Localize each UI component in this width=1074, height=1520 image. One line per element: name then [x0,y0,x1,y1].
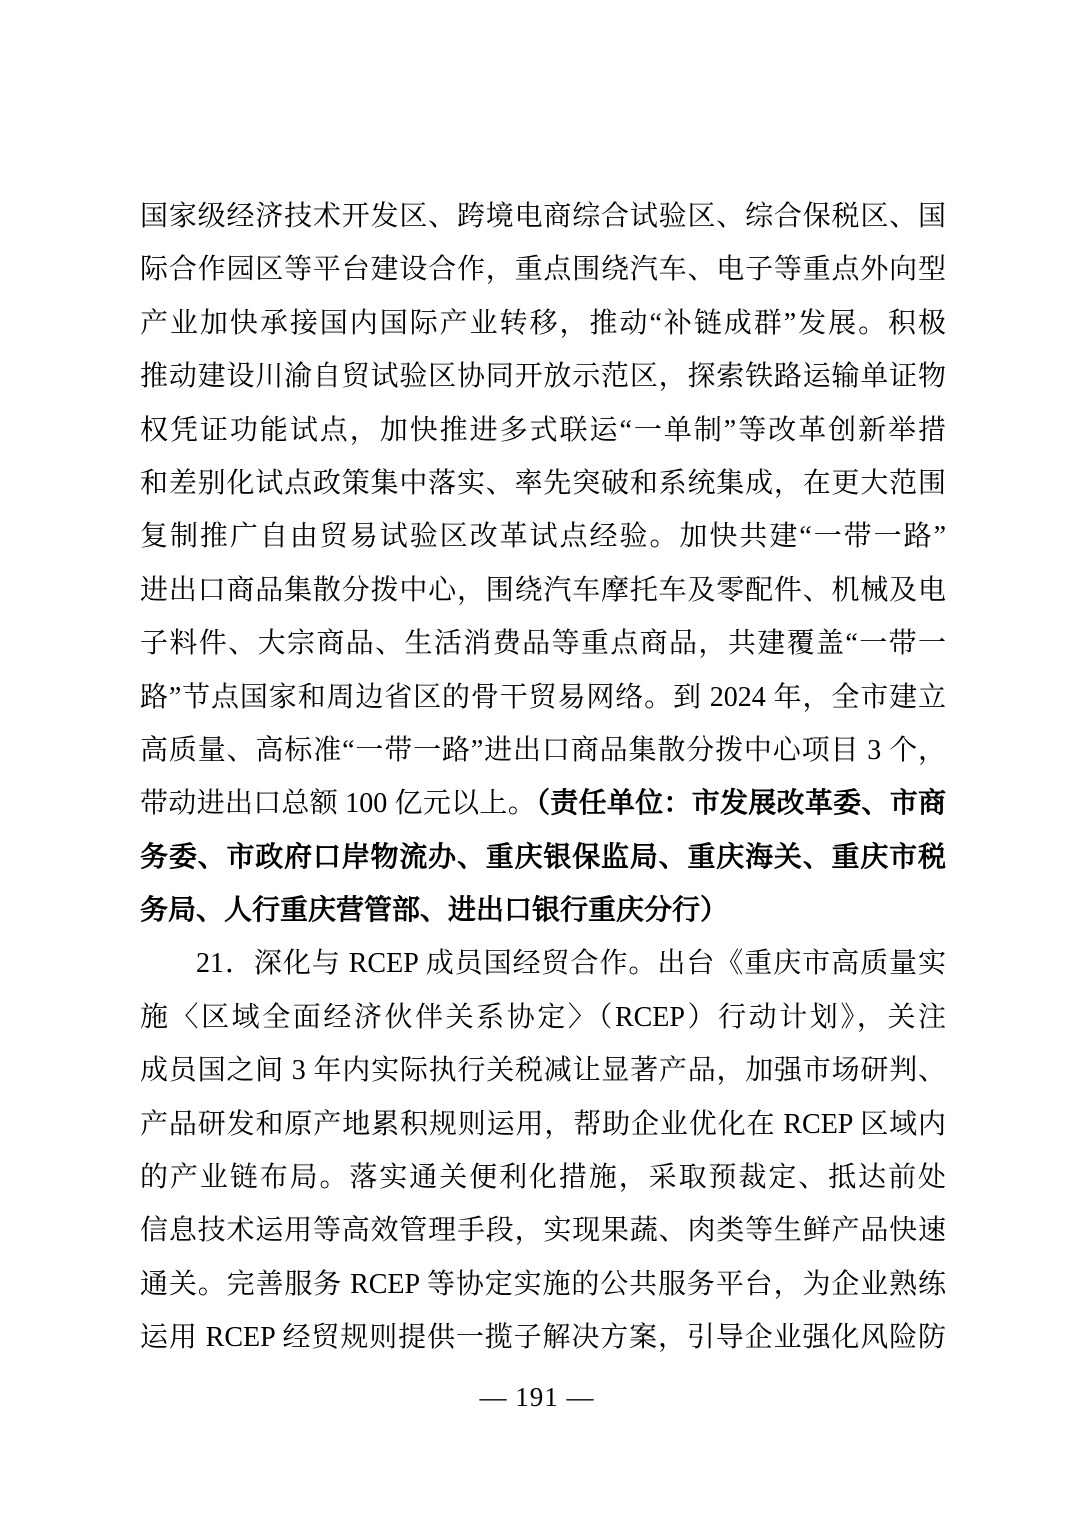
body-text: 产品研发和原产地累积规则运用，帮助企业优化在 RCEP 区域内 [140,1109,946,1140]
text-line: 际合作园区等平台建设合作，重点围绕汽车、电子等重点外向型 [140,243,946,296]
body-text: 国家级经济技术开发区、跨境电商综合试验区、综合保税区、国 [140,201,946,232]
text-line: 产业加快承接国内国际产业转移，推动“补链成群”发展。积极 [140,297,946,350]
page-number: — 191 — [480,1382,595,1412]
text-line: 成员国之间 3 年内实际执行关税减让显著产品，加强市场研判、 [140,1044,946,1097]
text-line: 权凭证功能试点，加快推进多式联运“一单制”等改革创新举措 [140,404,946,457]
text-line: 信息技术运用等高效管理手段，实现果蔬、肉类等生鲜产品快速 [140,1204,946,1257]
body-text: 路”节点国家和周边省区的骨干贸易网络。到 2024 年，全市建立 [140,682,946,713]
body-text: 推动建设川渝自贸试验区协同开放示范区，探索铁路运输单证物 [140,361,946,392]
page-footer: — 191 — [0,1382,1074,1413]
text-line: 推动建设川渝自贸试验区协同开放示范区，探索铁路运输单证物 [140,350,946,403]
text-line: 高质量、高标准“一带一路”进出口商品集散分拨中心项目 3 个， [140,724,946,777]
responsible-unit-text: 务局、人行重庆营管部、进出口银行重庆分行） [140,895,728,926]
body-text: 21．深化与 RCEP 成员国经贸合作。出台《重庆市高质量实 [196,948,946,979]
text-line: 的产业链布局。落实通关便利化措施，采取预裁定、抵达前处理、 [140,1151,946,1204]
body-text: 复制推广自由贸易试验区改革试点经验。加快共建“一带一路” [140,521,946,552]
text-line: 带动进出口总额 100 亿元以上。（责任单位：市发展改革委、市商 [140,777,946,830]
responsible-unit-text: 务委、市政府口岸物流办、重庆银保监局、重庆海关、重庆市税 [140,842,946,873]
body-text: 子料件、大宗商品、生活消费品等重点商品，共建覆盖“一带一 [140,628,946,659]
body-text: 权凭证功能试点，加快推进多式联运“一单制”等改革创新举措 [140,415,946,446]
body-text: 信息技术运用等高效管理手段，实现果蔬、肉类等生鲜产品快速 [140,1215,946,1246]
text-line: 国家级经济技术开发区、跨境电商综合试验区、综合保税区、国 [140,190,946,243]
body-text: 际合作园区等平台建设合作，重点围绕汽车、电子等重点外向型 [140,254,946,285]
text-line: 施〈区域全面经济伙伴关系协定〉（RCEP）行动计划》，关注 RCEP [140,991,946,1044]
text-line: 务委、市政府口岸物流办、重庆银保监局、重庆海关、重庆市税 [140,831,946,884]
text-line: 产品研发和原产地累积规则运用，帮助企业优化在 RCEP 区域内 [140,1098,946,1151]
body-text: 运用 RCEP 经贸规则提供一揽子解决方案，引导企业强化风险防 [140,1322,946,1353]
text-line: 进出口商品集散分拨中心，围绕汽车摩托车及零配件、机械及电 [140,564,946,617]
text-line: 21．深化与 RCEP 成员国经贸合作。出台《重庆市高质量实 [140,937,946,990]
body-text: 高质量、高标准“一带一路”进出口商品集散分拨中心项目 3 个， [140,735,946,766]
text-block: 国家级经济技术开发区、跨境电商综合试验区、综合保税区、国际合作园区等平台建设合作… [140,190,946,1365]
responsible-unit-text: （责任单位：市发展改革委、市商 [536,788,946,819]
text-line: 务局、人行重庆营管部、进出口银行重庆分行） [140,884,946,937]
body-text: 施〈区域全面经济伙伴关系协定〉（RCEP）行动计划》，关注 RCEP [140,1002,946,1044]
text-line: 路”节点国家和周边省区的骨干贸易网络。到 2024 年，全市建立 [140,671,946,724]
body-text: 成员国之间 3 年内实际执行关税减让显著产品，加强市场研判、 [140,1055,946,1086]
body-text: 带动进出口总额 100 亿元以上。 [140,788,536,819]
body-text: 和差别化试点政策集中落实、率先突破和系统集成，在更大范围 [140,468,946,499]
body-text: 的产业链布局。落实通关便利化措施，采取预裁定、抵达前处理、 [140,1162,946,1204]
document-page: 国家级经济技术开发区、跨境电商综合试验区、综合保税区、国际合作园区等平台建设合作… [0,0,1074,1520]
text-line: 通关。完善服务 RCEP 等协定实施的公共服务平台，为企业熟练 [140,1258,946,1311]
text-line: 运用 RCEP 经贸规则提供一揽子解决方案，引导企业强化风险防 [140,1311,946,1364]
text-line: 和差别化试点政策集中落实、率先突破和系统集成，在更大范围 [140,457,946,510]
text-line: 复制推广自由贸易试验区改革试点经验。加快共建“一带一路” [140,510,946,563]
text-line: 子料件、大宗商品、生活消费品等重点商品，共建覆盖“一带一 [140,617,946,670]
body-text: 产业加快承接国内国际产业转移，推动“补链成群”发展。积极 [140,308,946,339]
body-text: 通关。完善服务 RCEP 等协定实施的公共服务平台，为企业熟练 [140,1269,946,1300]
body-text: 进出口商品集散分拨中心，围绕汽车摩托车及零配件、机械及电 [140,575,946,606]
